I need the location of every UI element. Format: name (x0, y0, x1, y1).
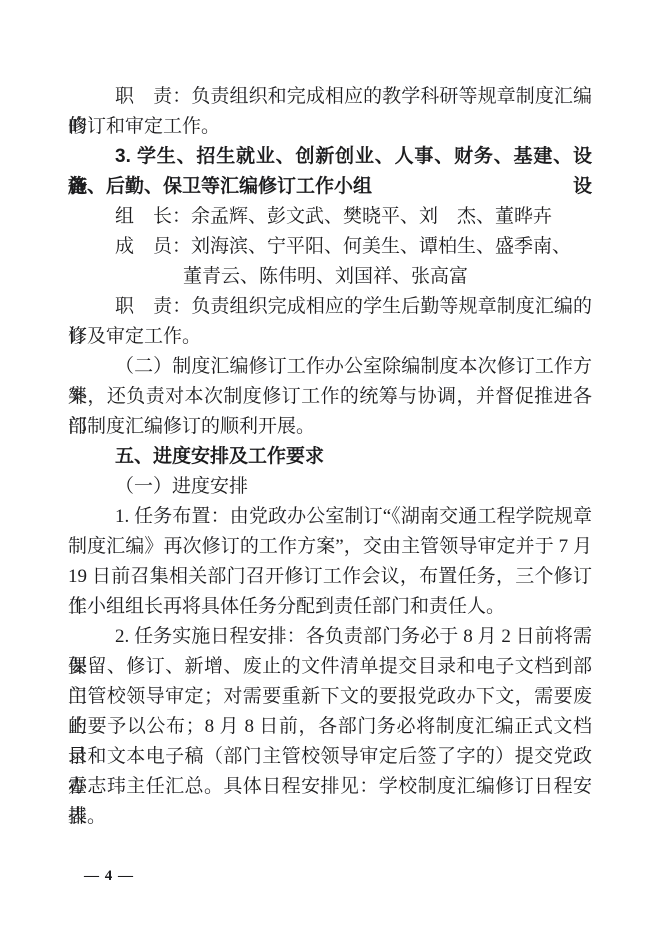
document-line: 成 员：刘海滨、宁平阳、何美生、谭柏生、盛季南、 (68, 232, 592, 262)
document-line: 董青云、陈伟明、刘国祥、张高富 (68, 262, 592, 292)
document-line: 组 长：余孟辉、彭文武、樊晓平、刘 杰、董晔卉 (68, 202, 592, 232)
document-line: 制度汇编》再次修订的工作方案”，交由主管领导审定并于 7 月 (68, 532, 592, 562)
document-page: 职 责：负责组织和完成相应的教学科研等规章制度汇编的 修订和审定工作。 3. 学… (0, 0, 656, 932)
document-line: 1. 任务布置：由党政办公室制订“《湖南交通工程学院规章 (68, 502, 592, 532)
document-line: 职 责：负责组织和完成相应的教学科研等规章制度汇编的 (68, 82, 592, 112)
document-line: 职 责：负责组织完成相应的学生后勤等规章制度汇编的修 (68, 292, 592, 322)
section-heading: 五、进度安排及工作要求 (68, 442, 592, 472)
document-line: （二）制度汇编修订工作办公室除编制度本次修订工作方案 (68, 352, 592, 382)
document-line: 主管校领导审定；对需要重新下文的要报党政办下文，需要废止 (68, 682, 592, 712)
document-line: 霍志玮主任汇总。具体日程安排见：学校制度汇编修订日程安排 (68, 772, 592, 802)
document-line: 表。 (68, 802, 592, 832)
document-line: 订及审定工作。 (68, 322, 592, 352)
document-line: 2. 任务实施日程安排：各负责部门务必于 8 月 2 日前将需要 (68, 622, 592, 652)
document-line: 作小组组长再将具体任务分配到责任部门和责任人。 (68, 592, 592, 622)
document-line: 保留、修订、新增、废止的文件清单提交目录和电子文档到部门 (68, 652, 592, 682)
section-heading: 3. 学生、招生就业、创新创业、人事、财务、基建、设施设 (68, 142, 592, 172)
document-line: 修订和审定工作。 (68, 112, 592, 142)
document-line: 19 日前召集相关部门召开修订工作会议，布置任务，三个修订工 (68, 562, 592, 592)
document-line: 门制度汇编修订的顺利开展。 (68, 412, 592, 442)
document-line: 外，还负责对本次制度修订工作的统筹与协调，并督促推进各部 (68, 382, 592, 412)
subsection-heading: （一）进度安排 (68, 472, 592, 502)
page-number: — 4 — (84, 866, 134, 886)
document-line: 的要予以公布；8 月 8 日前，各部门务必将制度汇编正式文档目 (68, 712, 592, 742)
document-line: 录和文本电子稿（部门主管校领导审定后签了字的）提交党政办 (68, 742, 592, 772)
